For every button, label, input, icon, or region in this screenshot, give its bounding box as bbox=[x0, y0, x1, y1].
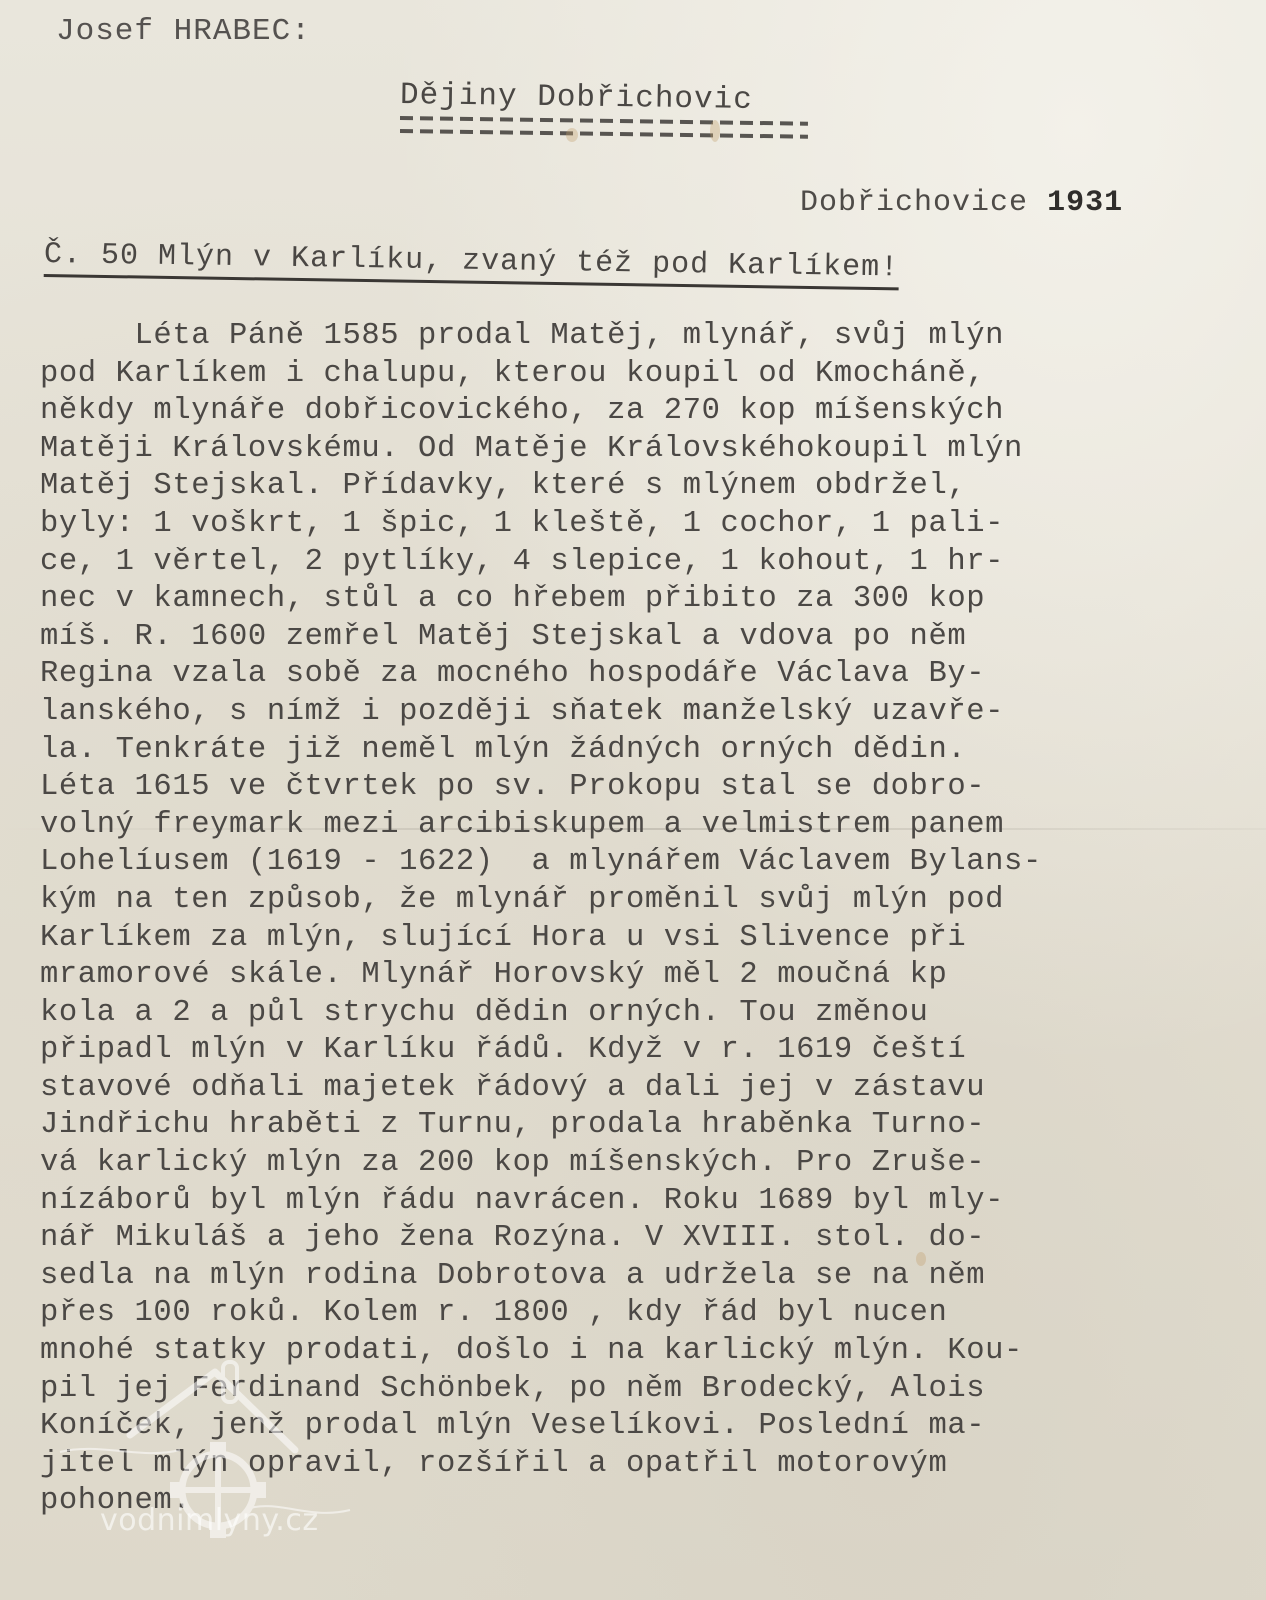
text-line: připadl mlýn v Karlíku řádů. Když v r. 1… bbox=[40, 1032, 1266, 1070]
text-line: la. Tenkráte již neměl mlýn žádných orný… bbox=[40, 732, 1266, 770]
text-line: ce, 1 věrtel, 2 pytlíky, 4 slepice, 1 ko… bbox=[40, 544, 1266, 582]
text-line: Matěji Královskému. Od Matěje Královskéh… bbox=[40, 431, 1266, 469]
text-line: kola a 2 a půl strychu dědin orných. Tou… bbox=[40, 995, 1266, 1033]
text-line: byly: 1 voškrt, 1 špic, 1 kleště, 1 coch… bbox=[40, 506, 1266, 544]
text-line: mramorové skále. Mlynář Horovský měl 2 m… bbox=[40, 957, 1266, 995]
text-line: někdy mlynáře dobřicovického, za 270 kop… bbox=[40, 393, 1266, 431]
text-line: vá karlický mlýn za 200 kop míšenských. … bbox=[40, 1145, 1266, 1183]
title-block: Dějiny Dobřichovic bbox=[400, 78, 820, 133]
year: 1931 bbox=[1047, 186, 1123, 220]
text-line: pod Karlíkem i chalupu, kterou koupil od… bbox=[40, 356, 1266, 394]
typewritten-document-page: Josef HRABEC: Dějiny Dobřichovic Dobřich… bbox=[0, 0, 1266, 1600]
section-heading: Č. 50 Mlýn v Karlíku, zvaný též pod Karl… bbox=[44, 238, 900, 290]
body-text: Léta Páně 1585 prodal Matěj, mlynář, svů… bbox=[40, 318, 1266, 1521]
text-line: lanského, s nímž i později sňatek manžel… bbox=[40, 694, 1266, 732]
text-line: pohonem. bbox=[40, 1483, 1266, 1521]
text-line: míš. R. 1600 zemřel Matěj Stejskal a vdo… bbox=[40, 619, 1266, 657]
author-line: Josef HRABEC: bbox=[56, 14, 311, 49]
text-line: Matěj Stejskal. Přídavky, které s mlýnem… bbox=[40, 468, 1266, 506]
text-line: volný freymark mezi arcibiskupem a velmi… bbox=[40, 807, 1266, 845]
text-line: Karlíkem za mlýn, slující Hora u vsi Sli… bbox=[40, 920, 1266, 958]
text-line: nář Mikuláš a jeho žena Rozýna. V XVIII.… bbox=[40, 1220, 1266, 1258]
text-line: Regina vzala sobě za mocného hospodáře V… bbox=[40, 656, 1266, 694]
text-line: nec v kamnech, stůl a co hřebem přibito … bbox=[40, 581, 1266, 619]
text-line: přes 100 roků. Kolem r. 1800 , kdy řád b… bbox=[40, 1295, 1266, 1333]
text-line: nízáborů byl mlýn řádu navrácen. Roku 16… bbox=[40, 1183, 1266, 1221]
title-underline-dashes-second bbox=[400, 129, 808, 139]
place-and-date: Dobřichovice 1931 bbox=[800, 186, 1123, 220]
text-line: Lohelíusem (1619 - 1622) a mlynářem Václ… bbox=[40, 844, 1266, 882]
text-line: Léta Páně 1585 prodal Matěj, mlynář, svů… bbox=[40, 318, 1266, 356]
text-line: Koníček, jenž prodal mlýn Veselíkovi. Po… bbox=[40, 1408, 1266, 1446]
text-line: Jindřichu hraběti z Turnu, prodala hrabě… bbox=[40, 1107, 1266, 1145]
text-line: mnohé statky prodati, došlo i na karlick… bbox=[40, 1333, 1266, 1371]
place-name: Dobřichovice bbox=[800, 186, 1028, 220]
document-title: Dějiny Dobřichovic bbox=[400, 78, 753, 118]
text-line: kým na ten způsob, že mlynář proměnil sv… bbox=[40, 882, 1266, 920]
text-line: stavové odňali majetek řádový a dali jej… bbox=[40, 1070, 1266, 1108]
text-line: Léta 1615 ve čtvrtek po sv. Prokopu stal… bbox=[40, 769, 1266, 807]
text-line: pil jej Ferdinand Schönbek, po něm Brode… bbox=[40, 1371, 1266, 1409]
text-line: jitel mlýn opravil, rozšířil a opatřil m… bbox=[40, 1446, 1266, 1484]
text-line: sedla na mlýn rodina Dobrotova a udržela… bbox=[40, 1258, 1266, 1296]
